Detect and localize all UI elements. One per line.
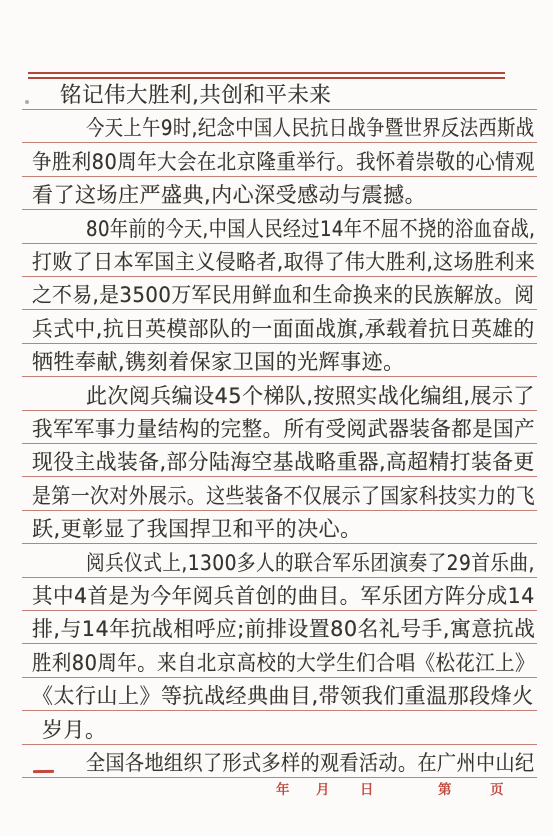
handwritten-text: 争胜利80周年大会在北京隆重举行。我怀着崇敬的心情观: [32, 147, 535, 177]
handwritten-text: 《太行山上》等抗战经典曲目,带领我们重温那段烽火: [32, 681, 534, 711]
essay-title: 铭记伟大胜利,共创和平未来: [60, 81, 331, 111]
handwritten-line: 《太行山上》等抗战经典曲目,带领我们重温那段烽火: [32, 681, 534, 711]
handwritten-text: 胜利80周年。来自北京高校的大学生们合唱《松花江上》: [32, 648, 535, 678]
handwritten-text: 岁月。: [42, 715, 107, 745]
footer-year-label: 年: [276, 782, 291, 798]
handwritten-text: 全国各地组织了形式多样的观看活动。在广州中山纪: [86, 748, 535, 778]
handwritten-line: 胜利80周年。来自北京高校的大学生们合唱《松花江上》: [32, 648, 553, 678]
handwritten-line: 岁月。: [42, 715, 107, 745]
handwritten-line: 现役主战装备,部分陆海空基战略重器,高超精打装备更: [32, 447, 541, 477]
handwritten-line: 兵式中,抗日英模部队的一面面战旗,承载着抗日英雄的: [32, 314, 541, 344]
handwritten-line: 看了这场庄严盛典,内心深受感动与震撼。: [32, 180, 426, 210]
handwritten-text: 80年前的今天,中国人民经过14年不屈不挠的浴血奋战,: [86, 214, 535, 244]
handwritten-line: 80年前的今天,中国人民经过14年不屈不挠的浴血奋战,: [86, 214, 553, 244]
handwritten-line: 全国各地组织了形式多样的观看活动。在广州中山纪: [86, 748, 553, 778]
handwritten-line: 其中4首是为今年阅兵首创的曲目。军乐团方阵分成14: [32, 581, 547, 611]
handwritten-text: 跃,更彰显了我国捍卫和平的决心。: [32, 514, 362, 544]
handwritten-line: 排,与14年抗战相呼应;前排设置80名礼号手,寓意抗战: [32, 614, 539, 644]
handwritten-line: 阅兵仪式上,1300多人的联合军乐团演奏了29首乐曲,: [86, 548, 553, 578]
footer-page-no-label: 第: [438, 782, 453, 798]
handwritten-text: 看了这场庄严盛典,内心深受感动与震撼。: [32, 180, 426, 210]
handwritten-line: 牺牲奉献,镌刻着保家卫国的光辉事迹。: [32, 347, 405, 377]
handwritten-line: 我军军事力量结构的完整。所有受阅武器装备都是国产: [32, 414, 548, 444]
handwritten-text: 之不易,是3500万军民用鲜血和生命换来的民族解放。阅: [32, 280, 534, 310]
handwritten-text: 兵式中,抗日英模部队的一面面战旗,承载着抗日英雄的: [32, 314, 535, 344]
footer-page-label: 页: [490, 782, 505, 798]
header-double-line: [28, 72, 505, 79]
handwritten-text: 我军军事力量结构的完整。所有受阅武器装备都是国产: [32, 414, 535, 444]
paper-page: 铭记伟大胜利,共创和平未来 今天上午9时,纪念中国人民抗日战争暨世界反法西斯战争…: [0, 0, 553, 836]
handwritten-line: 争胜利80周年大会在北京隆重举行。我怀着崇敬的心情观: [32, 147, 553, 177]
handwritten-text: 是第一次对外展示。这些装备不仅展示了国家科技实力的飞: [32, 481, 535, 511]
handwritten-line: 是第一次对外展示。这些装备不仅展示了国家科技实力的飞: [32, 481, 553, 511]
handwritten-text: 其中4首是为今年阅兵首创的曲目。军乐团方阵分成14: [32, 581, 535, 611]
handwritten-line: 今天上午9时,纪念中国人民抗日战争暨世界反法西斯战: [86, 113, 553, 143]
ink-speck: [25, 100, 29, 104]
handwritten-text: 排,与14年抗战相呼应;前排设置80名礼号手,寓意抗战: [32, 614, 535, 644]
handwritten-text: 打败了日本军国主义侵略者,取得了伟大胜利,这场胜利来: [32, 247, 535, 277]
handwritten-line: 此次阅兵编设45个梯队,按照实战化编组,展示了: [86, 381, 537, 411]
handwritten-line: 跃,更彰显了我国捍卫和平的决心。: [32, 514, 362, 544]
handwritten-text: 今天上午9时,纪念中国人民抗日战争暨世界反法西斯战: [86, 113, 535, 143]
handwritten-text: 阅兵仪式上,1300多人的联合军乐团演奏了29首乐曲,: [86, 548, 535, 578]
essay-title-text: 铭记伟大胜利,共创和平未来: [60, 81, 331, 111]
margin-dash: [33, 770, 54, 773]
handwritten-line: 之不易,是3500万军民用鲜血和生命换来的民族解放。阅: [32, 280, 553, 310]
footer-day-label: 日: [360, 782, 375, 798]
handwritten-text: 牺牲奉献,镌刻着保家卫国的光辉事迹。: [32, 347, 405, 377]
handwritten-line: 打败了日本军国主义侵略者,取得了伟大胜利,这场胜利来: [32, 247, 553, 277]
handwritten-text: 现役主战装备,部分陆海空基战略重器,高超精打装备更: [32, 447, 535, 477]
footer-month-label: 月: [316, 782, 331, 798]
handwritten-text: 此次阅兵编设45个梯队,按照实战化编组,展示了: [86, 381, 535, 411]
